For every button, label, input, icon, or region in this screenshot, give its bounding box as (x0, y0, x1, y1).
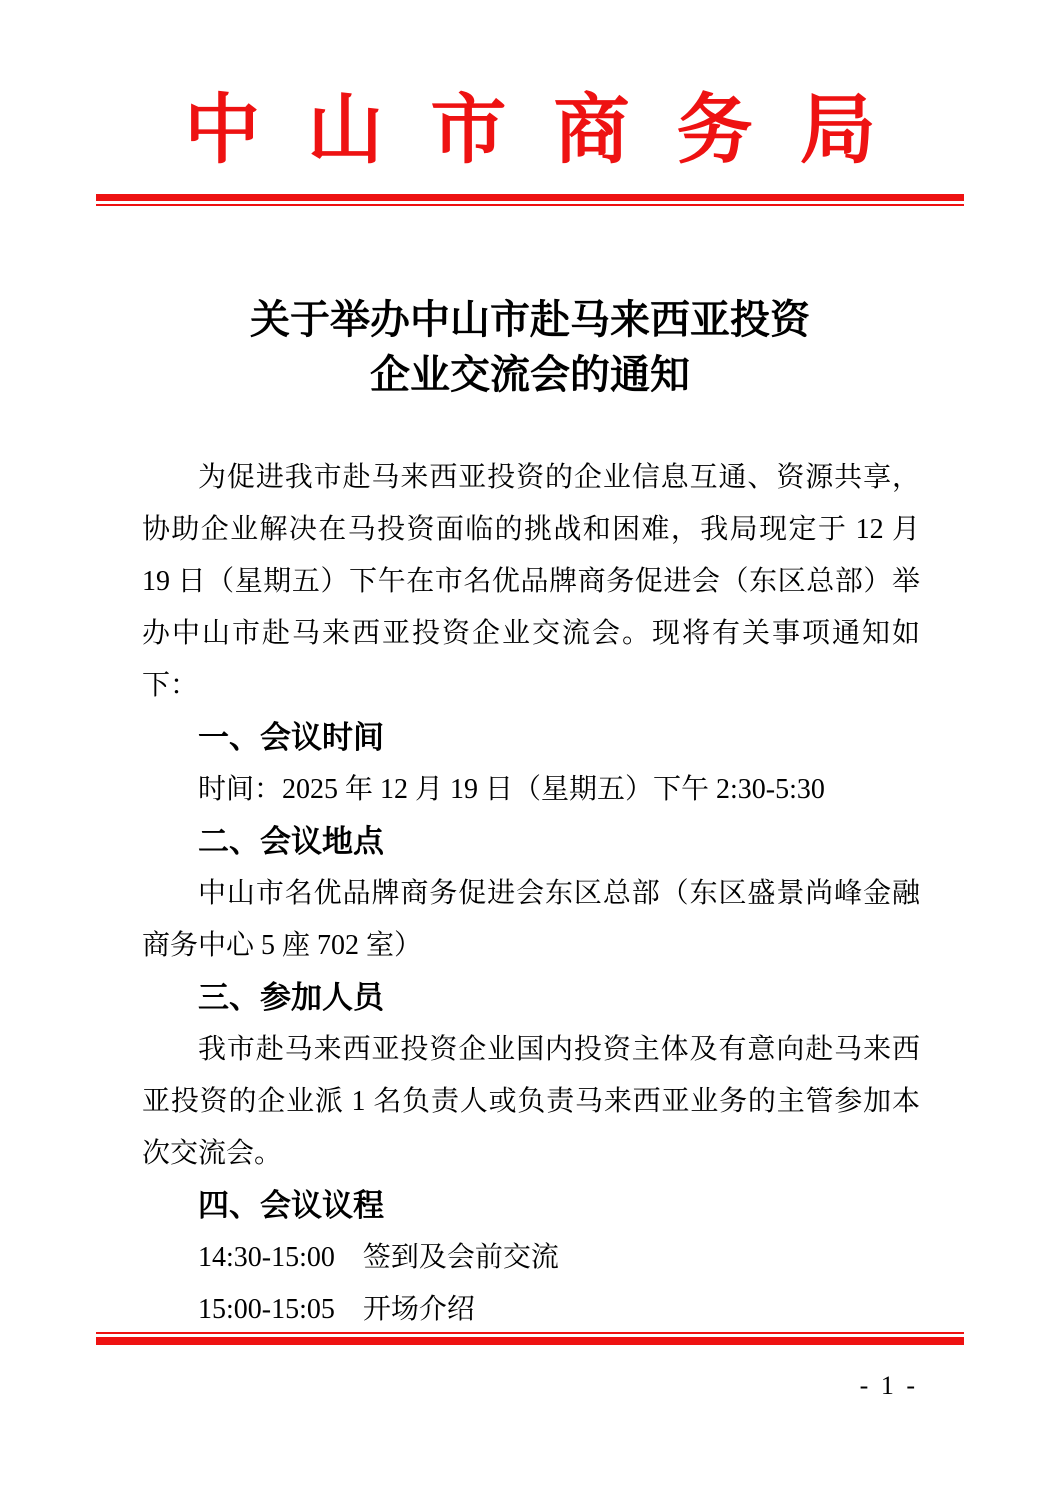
document-title-line-2: 企业交流会的通知 (0, 347, 1060, 402)
letterhead-org-name: 中山市商务局 (0, 0, 1060, 172)
document-title-line-1: 关于举办中山市赴马来西亚投资 (0, 292, 1060, 347)
agenda-line: 14:30-15:00 签到及会前交流 (142, 1232, 920, 1284)
letterhead: 中山市商务局 (0, 0, 1060, 206)
body-line: 次交流会。 (142, 1128, 920, 1180)
footer-divider-thick-line (96, 1337, 964, 1345)
letterhead-divider (96, 194, 964, 206)
footer-divider (96, 1332, 964, 1345)
body-line: 商务中心 5 座 702 室） (142, 920, 920, 972)
page-number: - 1 - (860, 1372, 918, 1400)
letterhead-divider-thin-line (96, 204, 964, 206)
body-line: 中山市名优品牌商务促进会东区总部（东区盛景尚峰金融 (142, 868, 920, 920)
agenda-line: 15:00-15:05 开场介绍 (142, 1284, 920, 1336)
body-line: 19 日（星期五）下午在市名优品牌商务促进会（东区总部）举 (142, 556, 920, 608)
section-heading-3: 三、参加人员 (142, 972, 920, 1024)
section-heading-4: 四、会议议程 (142, 1180, 920, 1232)
body-line: 亚投资的企业派 1 名负责人或负责马来西亚业务的主管参加本 (142, 1076, 920, 1128)
body-line: 办中山市赴马来西亚投资企业交流会。现将有关事项通知如 (142, 608, 920, 660)
section-heading-2: 二、会议地点 (142, 816, 920, 868)
document-body: 为促进我市赴马来西亚投资的企业信息互通、资源共享， 协助企业解决在马投资面临的挑… (142, 452, 920, 1336)
document-title: 关于举办中山市赴马来西亚投资 企业交流会的通知 (0, 292, 1060, 402)
body-line: 为促进我市赴马来西亚投资的企业信息互通、资源共享， (142, 452, 920, 504)
letterhead-divider-thick-line (96, 194, 964, 201)
body-line: 我市赴马来西亚投资企业国内投资主体及有意向赴马来西 (142, 1024, 920, 1076)
document-page: 中山市商务局 关于举办中山市赴马来西亚投资 企业交流会的通知 为促进我市赴马来西… (0, 0, 1060, 1500)
body-line: 时间：2025 年 12 月 19 日（星期五）下午 2:30-5:30 (142, 764, 920, 816)
body-line: 协助企业解决在马投资面临的挑战和困难，我局现定于 12 月 (142, 504, 920, 556)
body-line: 下： (142, 660, 920, 712)
section-heading-1: 一、会议时间 (142, 712, 920, 764)
